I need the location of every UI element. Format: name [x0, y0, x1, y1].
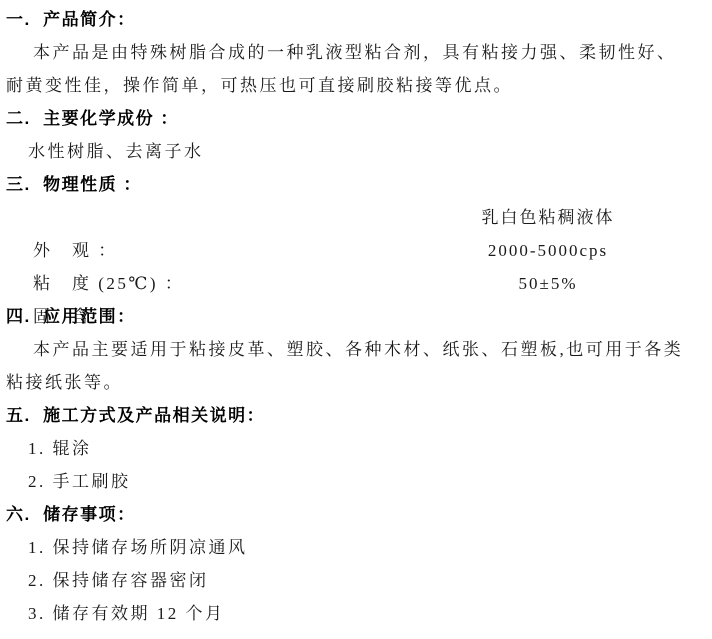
section-1-paragraph-line: 本产品是由特殊树脂合成的一种乳液型粘合剂，具有粘接力强、柔韧性好、 — [6, 36, 706, 69]
section-5-list-item: 1. 辊涂 — [6, 432, 706, 465]
section-2-heading: 二. 主要化学成份 ： — [6, 102, 706, 135]
property-row-appearance: 外 观 ： 乳白色粘稠液体 — [6, 201, 706, 234]
section-4-heading: 四. 应用范围： — [6, 300, 706, 333]
section-2-composition-line: 水性树脂、去离子水 — [6, 135, 706, 168]
section-6-list-item: 2. 保持储存容器密闭 — [6, 564, 706, 597]
section-4-paragraph-line: 粘接纸张等。 — [6, 366, 706, 399]
section-5-heading: 五. 施工方式及产品相关说明： — [6, 399, 706, 432]
product-spec-document: 一. 产品简介： 本产品是由特殊树脂合成的一种乳液型粘合剂，具有粘接力强、柔韧性… — [0, 0, 712, 630]
section-3-heading: 三. 物理性质 ： — [6, 168, 706, 201]
section-6-list-item: 3. 储存有效期 12 个月 — [6, 597, 706, 630]
section-4-paragraph-line: 本产品主要适用于粘接皮革、塑胶、各种木材、纸张、石塑板,也可用于各类 — [6, 333, 706, 366]
property-value: 2000-5000cps — [390, 234, 706, 267]
section-6-heading: 六. 储存事项： — [6, 498, 706, 531]
property-row-viscosity: 粘 度 (25℃) ： 2000-5000cps — [6, 234, 706, 267]
section-1-heading: 一. 产品简介： — [6, 3, 706, 36]
property-row-solid-content: 固 含： 50±5% — [6, 267, 706, 300]
property-value: 50±5% — [390, 267, 706, 300]
section-1-paragraph-line: 耐黄变性佳，操作简单，可热压也可直接刷胶粘接等优点。 — [6, 69, 706, 102]
section-6-list-item: 1. 保持储存场所阴凉通风 — [6, 531, 706, 564]
property-value: 乳白色粘稠液体 — [390, 201, 706, 234]
section-5-list-item: 2. 手工刷胶 — [6, 465, 706, 498]
